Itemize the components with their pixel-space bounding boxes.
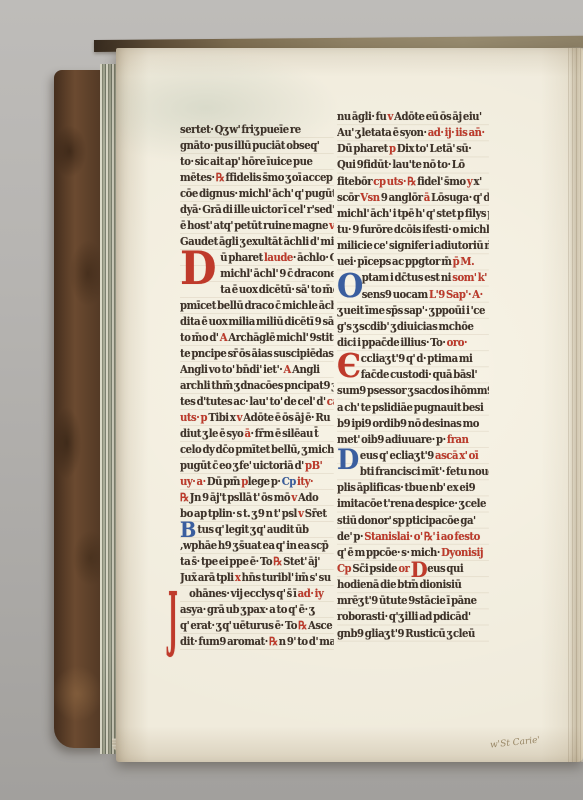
manuscript-text-line: tu· 9 furōre dcōis ifesti· o michl' [337, 222, 489, 238]
text-segment-ink: Stet' āj' [282, 555, 320, 568]
text-segment-ink: Dū pm̄ [207, 475, 241, 488]
text-segment-ink: asya· grā ub ʒ pax· a to q' ē· ʒ [180, 603, 314, 616]
manuscript-text-line: michl' āch' i tpē h' q' stet p filys p' [337, 206, 489, 222]
text-segment-red: Vsn [360, 191, 379, 204]
text-segment-ink: scōr [337, 191, 360, 204]
text-segment-red: ad· iy [298, 587, 324, 600]
text-segment-ink: Au' ʒ letata ē syon· [337, 126, 428, 139]
photo-backdrop: sertet· Qʒ w' friʒ pueīe regnāto· pus il… [0, 0, 583, 800]
text-segment-ink: dit· fum9 aromat· [180, 635, 269, 648]
text-segment-red: or [398, 562, 410, 575]
drop-cap-initial-B: B [180, 519, 196, 540]
text-segment-red: uts· p [180, 411, 208, 424]
manuscript-text-line: roborasti· q'ʒ illi ad pdicād' [337, 609, 489, 625]
text-segment-ink: Tibi x [208, 411, 236, 424]
drop-cap-initial-D: D [180, 245, 216, 291]
text-segment-ink: sum9 psessor ʒ sacdos ihōmm9 [337, 384, 489, 397]
manuscript-text-line: Jux̄ arā tpli x hn̄s turibl' im̄ s' su [180, 570, 334, 586]
manuscript-text-line: met' oib9 adiuuare· p· fran [337, 432, 489, 448]
text-segment-red: L'9 Sap'· A· [429, 288, 483, 301]
manuscript-text-line: sum9 psessor ʒ sacdos ihōmm9 [337, 383, 489, 399]
text-segment-ink: ohānes· vij ecclys q' s̄ ī [189, 587, 298, 600]
text-segment-ink: milicie ce' signifer i adiutoriū m̄ʒ [337, 239, 489, 252]
manuscript-text-line: nu āgli· fu v Adōte eū ōs āj eiu' [337, 109, 489, 125]
text-segment-red: uy· a· [180, 475, 207, 488]
text-segment-ink: Angli vo to' bn̄di' iet'· [180, 363, 284, 376]
text-segment-ink: bo ap tplin· s t. ʒ 9 n t' psl [180, 507, 298, 520]
text-segment-blue: Cp [282, 475, 296, 488]
text-segment-ink: de' p· [337, 530, 364, 543]
text-segment-ink: ē host' atq' petūt ruine magne [180, 219, 329, 232]
manuscript-text-line: eus q' ecliaʒ t'9 ascā x' oī [337, 448, 489, 464]
text-segment-ink: Lōsuga· q' d' [430, 191, 489, 204]
manuscript-text-line: g's ʒ scdib' ʒ diuicias mchōe [337, 319, 489, 335]
text-segment-red: ascā x' oī [435, 449, 478, 462]
text-segment-ink: ccliaʒ t'9 q' d· ptima mi [361, 352, 473, 365]
text-segment-red: Cp [337, 562, 352, 575]
manuscript-text-line: tes d'tutes ac· lau' to' de cel' d' ca [180, 394, 334, 410]
text-segment-ink: q' erat· ʒ q' uēturus ē· To [180, 619, 298, 632]
text-segment-ink: michl' āchl' 9 c̄ dracone· audi [220, 267, 333, 280]
text-segment-ink: dyā· Grā di ille uictor ī cel' r'sed' r [180, 203, 334, 216]
text-segment-ink: ffidelis s̄mo ʒ oī accep [224, 171, 332, 184]
manuscript-text-line: de' p· Stanislai· o' ℞' i ao festo [337, 529, 489, 545]
text-segment-red: ℞ [269, 635, 278, 648]
text-segment-red: fran [447, 433, 469, 446]
manuscript-text-line: Angli vo to' bn̄di' iet'· A Angli [180, 362, 334, 378]
text-segment-ink: · fr̄m ē silēau t̄ [251, 427, 319, 440]
text-segment-ink: to· sic ait ap' hōre īuice pue [180, 155, 312, 168]
text-column-right: nu āgli· fu v Adōte eū ōs āj eiu'Au' ʒ l… [337, 109, 489, 642]
text-segment-ink: ta ē uox dicētū· sā' to m̄o d' [220, 283, 333, 296]
manuscript-text-line: ‚wphāe h9 ʒ s̄uat ea q' in ea scp̄ [180, 538, 334, 554]
text-segment-ink: q' ē m ppcōe· s· mich· [337, 546, 441, 559]
text-segment-red: cp uts· ℞ [373, 175, 416, 188]
manuscript-text-line: pugūt c̄ eo ʒ fe' uictoriā d' pB' [180, 458, 334, 474]
next-leaf-edge [568, 48, 583, 762]
manuscript-text-line: uy· a· Dū pm̄ plege p· Cp ity· [180, 474, 334, 490]
text-segment-red: v [329, 219, 334, 232]
text-segment-ink: imitacōe t'rena despice· ʒ cele [337, 497, 486, 510]
manuscript-text-line: dyā· Grā di ille uictor ī cel' r'sed' r [180, 202, 334, 218]
manuscript-text-line: uts· p Tibi x v Adōte ē ōs āj ē· Ru [180, 410, 334, 426]
text-segment-ink: tus q' legit ʒ q' audit ūb [197, 523, 308, 536]
manuscript-text-line: Cp Sc̄i pside or Deus qui [337, 561, 489, 577]
manuscript-text-line: gnb9 gliaʒ t'9 Rusticū ʒ cleū [337, 626, 489, 642]
text-segment-red: pB' [305, 459, 322, 472]
text-segment-ink: g's ʒ scdib' ʒ diuicias mchōe [337, 320, 473, 333]
text-segment-ink: gnb9 gliaʒ t'9 Rusticū ʒ cleū [337, 627, 475, 640]
text-segment-ink: Sc̄i pside [352, 562, 398, 575]
manuscript-text-line: te pncipe sr̄ ōs āias suscipiēdas ā [180, 346, 334, 362]
drop-cap-initial-O: O [337, 269, 363, 302]
text-segment-ink: roborasti· q'ʒ illi ad pdicād' [337, 610, 471, 623]
text-segment-ink: stiū donor' sp pticipacōe ga' [337, 514, 476, 527]
text-segment-ink: Sr̄et [304, 507, 327, 520]
text-segment-ink: Angli [291, 363, 320, 376]
manuscript-text-line: Qui 9fidūt· lau'te nō to· Lō [337, 157, 489, 173]
text-segment-red-initial: D [411, 561, 428, 577]
text-segment-ink: Jux̄ arā tpli [180, 571, 235, 584]
text-segment-red: ad· ij· iis an̄· [428, 126, 485, 139]
manuscript-text-line: imitacōe t'rena despice· ʒ cele [337, 496, 489, 512]
text-segment-ink: lege p· [248, 475, 282, 488]
text-segment-ink: hodienā die btm̄ dionisiū [337, 578, 461, 591]
manuscript-text-line: ta s̄· tpe ei ppe ē· To ℞ Stet' āj' [180, 554, 334, 570]
text-segment-ink: pugūt c̄ eo ʒ fe' uictoriā d' [180, 459, 305, 472]
text-segment-ink: fac̄de custodi· quā bāsl' [361, 368, 477, 381]
text-segment-ink: Dū pharet [337, 142, 389, 155]
manuscript-text-line: celo dy dc̄o pmītet bellū, ʒ michl' [180, 442, 334, 458]
manuscript-text-line: to· sic ait ap' hōre īuice pue [180, 154, 334, 170]
text-segment-ink: bti francisci mīt'· fetu noue [360, 465, 489, 478]
text-segment-red: ℞ [180, 491, 190, 504]
text-segment-ink: eus q' ecliaʒ t'9 [360, 449, 435, 462]
manuscript-text-line: milicie ce' signifer i adiutoriū m̄ʒ [337, 238, 489, 254]
manuscript-text-line: fitebōr cp uts· ℞ fidel' s̄mo y x' [337, 174, 489, 190]
text-segment-ink: sertet· Qʒ w' friʒ pueīe re [180, 123, 301, 136]
text-segment-ink: fitebōr [337, 175, 373, 188]
text-segment-ink: a ch' te pslidiāe pugnauit besi [337, 401, 483, 414]
manuscript-text-line: tus q' legit ʒ q' audit ūb [180, 522, 334, 538]
drop-cap-initial-D: D [337, 446, 359, 474]
text-segment-red: ity· [296, 475, 313, 488]
text-segment-ink: dita ē uox milia miliū dicētī 9 sāy [180, 315, 334, 328]
text-segment-ink: sens9 uocam [362, 288, 429, 301]
text-segment-ink: michl' āch' i tpē h' q' stet p filys p' [337, 207, 489, 220]
text-segment-ink: ‚wphāe h9 ʒ s̄uat ea q' in ea scp̄ [180, 539, 328, 552]
text-segment-ink: to m̄o d' [180, 331, 220, 344]
text-segment-ink: ū pharet [220, 251, 264, 264]
text-segment-ink: tu· 9 furōre dcōis ifesti· o michl' [337, 223, 489, 236]
manuscript-text-line: bo ap tplin· s t. ʒ 9 n t' psl v Sr̄et [180, 506, 334, 522]
drop-cap-initial-Є: Є [337, 349, 361, 382]
text-segment-red: p̄ M. [453, 255, 475, 268]
manuscript-text-line: archli thm̄ ʒ dnacōes pncipat9 ʒ po [180, 378, 334, 394]
text-segment-ink: Jn 9 āj't psllā t' ōs mō [190, 491, 292, 504]
manuscript-text-line: pmīcet bellū draco c̄ michle āch' i au [180, 298, 334, 314]
manuscript-text-line: sertet· Qʒ w' friʒ pueīe re [180, 122, 334, 138]
manuscript-text-line: to m̄o d' A Archāglē michl' 9stitu [180, 330, 334, 346]
manuscript-text-line: q' erat· ʒ q' uēturus ē· To ℞ Asce [180, 618, 334, 634]
text-segment-ink: archli thm̄ ʒ dnacōes pncipat9 ʒ po [180, 379, 334, 392]
text-segment-ink: mrēʒ t'9 ūtute 9stācie ī pāne [337, 594, 477, 607]
text-column-left: sertet· Qʒ w' friʒ pueīe regnāto· pus il… [180, 122, 334, 650]
manuscript-text-line: gnāto· pus illū puciāt obseq' [180, 138, 334, 154]
text-segment-red: som' k' [452, 271, 487, 284]
manuscript-text-line: hodienā die btm̄ dionisiū [337, 577, 489, 593]
text-segment-red: ℞ [298, 619, 307, 632]
text-segment-red: A [220, 331, 227, 344]
text-segment-ink: diut ʒ le ē syo [180, 427, 244, 440]
manuscript-text-line: cōe dignus· michl' āch' q' pugūt c̄ [180, 186, 334, 202]
manuscript-text-line: mētes· ℞ ffidelis s̄mo ʒ oī accep [180, 170, 334, 186]
manuscript-text-line: Au' ʒ letata ē syon· ad· ij· iis an̄· [337, 125, 489, 141]
text-segment-ink: · āchlo· G· [293, 251, 334, 264]
text-segment-ink: gnāto· pus illū puciāt obseq' [180, 139, 319, 152]
text-segment-ink: cōe dignus· michl' āch' q' pugūt c̄ [180, 187, 334, 200]
text-segment-ink: Archāglē michl' 9stitu [227, 331, 334, 344]
text-segment-red: Dyonisij [441, 546, 483, 559]
manuscript-text-line: q' ē m ppcōe· s· mich· Dyonisij [337, 545, 489, 561]
text-segment-red: oro· [447, 336, 467, 349]
manuscript-text-line: a ch' te pslidiāe pugnauit besi [337, 400, 489, 416]
book-spine-leather [54, 70, 106, 748]
manuscript-text-line: asya· grā ub ʒ pax· a to q' ē· ʒ [180, 602, 334, 618]
manuscript-text-line: dita ē uox milia miliū dicētī 9 sāy [180, 314, 334, 330]
text-segment-ink: ptam i dc̄tus est ni [362, 271, 453, 284]
manuscript-text-line: ē host' atq' petūt ruine magne v [180, 218, 334, 234]
manuscript-text-line: ohānes· vij ecclys q' s̄ ī ad· iy [180, 586, 334, 602]
text-segment-ink: pmīcet bellū draco c̄ michle āch' i au [180, 299, 334, 312]
manuscript-text-line: Dū pharet p Dix to' Letā' sū· [337, 141, 489, 157]
text-segment-ink: mētes· [180, 171, 216, 184]
manuscript-text-line: dit· fum9 aromat· ℞ n 9' to d' ma [180, 634, 334, 650]
text-segment-ink: Adōte eū ōs āj eiu' [393, 110, 482, 123]
text-segment-red: ca [327, 395, 334, 408]
drop-cap-initial-J: J [168, 585, 177, 655]
manuscript-text-line: ℞ Jn 9 āj't psllā t' ōs mō v Ado [180, 490, 334, 506]
manuscript-text-line: stiū donor' sp pticipacōe ga' [337, 513, 489, 529]
text-segment-ink: plis āplificas· tbue nb' ex ei9 [337, 481, 475, 494]
text-segment-ink: Adōte ē ōs āj ē· Ru [243, 411, 330, 424]
text-segment-ink: b9 ipi9 ordib9 nō desinas mo [337, 417, 479, 430]
text-segment-ink: fidel' s̄mo [416, 175, 467, 188]
manuscript-text-line: diut ʒ le ē syo ā· fr̄m ē silēau t̄ [180, 426, 334, 442]
text-segment-ink: Ado [297, 491, 318, 504]
text-segment-ink: n 9' to d' ma [278, 635, 334, 648]
text-segment-red: laude [264, 251, 293, 264]
text-segment-ink: eus qui [427, 562, 463, 575]
text-segment-ink: ʒ ueit īme sp̄s sap'· ʒ ppoūi i 'ce [337, 304, 485, 317]
text-segment-ink: 9 anglōr [380, 191, 424, 204]
text-segment-ink: Qui 9fidūt· lau'te nō to· Lō [337, 158, 465, 171]
text-segment-ink: hn̄s turibl' im̄ s' su [240, 571, 330, 584]
text-segment-ink: x' [472, 175, 481, 188]
manuscript-text-line: ʒ ueit īme sp̄s sap'· ʒ ppoūi i 'ce [337, 303, 489, 319]
text-segment-ink: ta s̄· tpe ei ppe ē· To [180, 555, 273, 568]
manuscript-text-line: scōr Vsn 9 anglōr ā Lōsuga· q' d' [337, 190, 489, 206]
manuscript-text-line: plis āplificas· tbue nb' ex ei9 [337, 480, 489, 496]
text-segment-ink: tes d'tutes ac· lau' to' de cel' d' [180, 395, 327, 408]
manuscript-text-line: b9 ipi9 ordib9 nō desinas mo [337, 416, 489, 432]
manuscript-text-line: mrēʒ t'9 ūtute 9stācie ī pāne [337, 593, 489, 609]
text-segment-ink: nu āgli· fu [337, 110, 388, 123]
text-segment-red: Stanislai· o' ℞' i ao festo [364, 530, 480, 543]
text-segment-ink: celo dy dc̄o pmītet bellū, ʒ michl' [180, 443, 334, 456]
manuscript-text-line: bti francisci mīt'· fetu noue [337, 464, 489, 480]
text-segment-ink: Dix to' Letā' sū· [396, 142, 472, 155]
text-segment-ink: te pncipe sr̄ ōs āias suscipiēdas [180, 347, 334, 360]
text-segment-ink: Asce [307, 619, 332, 632]
